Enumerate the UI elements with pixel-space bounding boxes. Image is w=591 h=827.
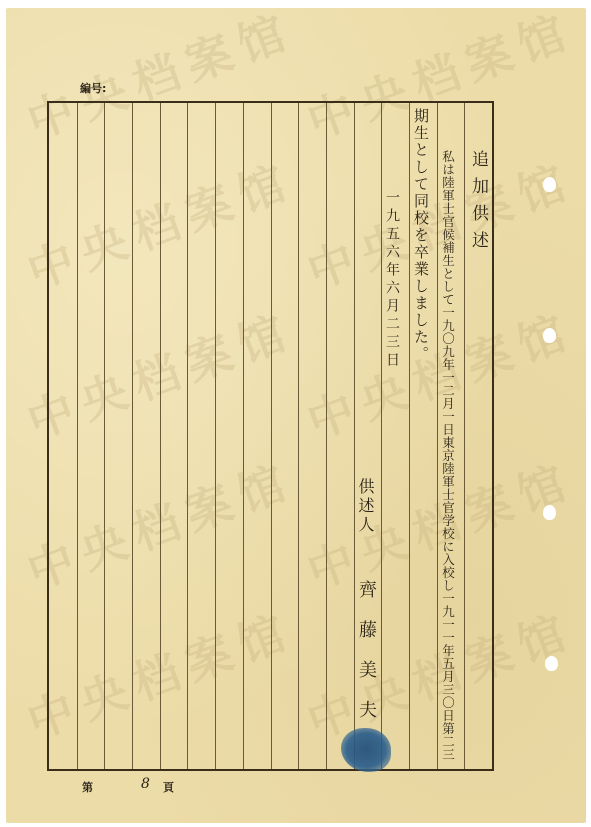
grid-column-line — [381, 103, 382, 769]
grid-column-line — [160, 103, 161, 769]
footer-suffix: 頁 — [163, 779, 174, 795]
punch-hole — [543, 505, 556, 520]
grid-column-line — [409, 103, 410, 769]
deponent-label: 供述人 — [357, 478, 373, 535]
serial-number-label: 編号: — [80, 80, 106, 96]
grid-column-line — [187, 103, 188, 769]
grid-column-line — [326, 103, 327, 769]
punch-hole — [545, 656, 558, 671]
grid-column-line — [104, 103, 105, 769]
document-title: 追加供述 — [469, 150, 486, 258]
body-line-2: 期生として同校を卒業しました。 — [413, 108, 428, 363]
footer-prefix: 第 — [82, 779, 93, 795]
grid-column-line — [77, 103, 78, 769]
grid-column-line — [298, 103, 299, 769]
grid-column-line — [215, 103, 216, 769]
grid-column-line — [243, 103, 244, 769]
document-date: 一九五六年六月二三日 — [385, 190, 399, 370]
signature: 齊藤美夫 — [357, 580, 375, 740]
grid-column-line — [271, 103, 272, 769]
page-number: 8 — [141, 776, 150, 792]
grid-column-line — [354, 103, 355, 769]
grid-column-line — [132, 103, 133, 769]
punch-hole — [543, 328, 556, 343]
grid-column-line — [464, 103, 465, 769]
grid-column-line — [437, 103, 438, 769]
body-line-1: 私は陸軍士官候補生として一九〇九年一二月一日東京陸軍士官学校に入校し一九一一年五… — [441, 150, 454, 761]
punch-hole — [543, 177, 556, 192]
